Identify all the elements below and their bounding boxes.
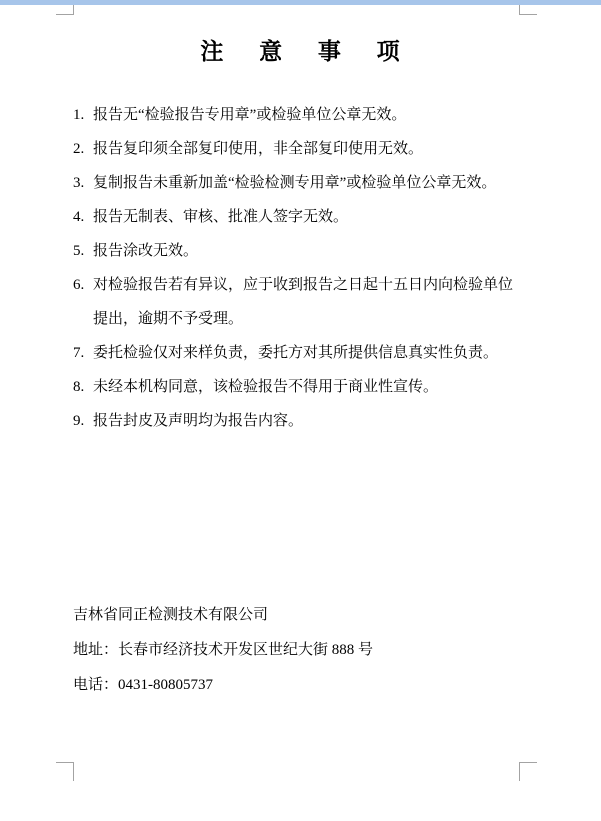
list-item-number: 6. [73, 268, 93, 336]
list-item-text: 委托检验仅对来样负责，委托方对其所提供信息真实性负责。 [93, 336, 525, 370]
list-item-number: 5. [73, 234, 93, 268]
page-title: 注 意 事 项 [0, 33, 601, 66]
list-item: 2. 报告复印须全部复印使用，非全部复印使用无效。 [73, 132, 525, 166]
list-item-number: 1. [73, 98, 93, 132]
list-item-text: 报告复印须全部复印使用，非全部复印使用无效。 [93, 132, 525, 166]
margin-crop-mark-bottom-left [56, 762, 74, 781]
margin-crop-mark-top-right [519, 5, 537, 15]
issuer-phone: 电话：0431-80805737 [73, 668, 525, 703]
list-item-text: 复制报告未重新加盖“检验检测专用章”或检验单位公章无效。 [93, 166, 525, 200]
list-item: 4. 报告无制表、审核、批准人签字无效。 [73, 200, 525, 234]
list-item: 9. 报告封皮及声明均为报告内容。 [73, 404, 525, 438]
list-item: 1. 报告无“检验报告专用章”或检验单位公章无效。 [73, 98, 525, 132]
margin-crop-mark-top-left [56, 5, 74, 15]
issuer-address: 地址：长春市经济技术开发区世纪大街 888 号 [73, 633, 525, 668]
list-item: 8. 未经本机构同意，该检验报告不得用于商业性宣传。 [73, 370, 525, 404]
list-item-number: 9. [73, 404, 93, 438]
document-page: 注 意 事 项 1. 报告无“检验报告专用章”或检验单位公章无效。 2. 报告复… [0, 0, 601, 821]
list-item-number: 8. [73, 370, 93, 404]
list-item-text: 报告无“检验报告专用章”或检验单位公章无效。 [93, 98, 525, 132]
list-item-number: 3. [73, 166, 93, 200]
margin-crop-mark-bottom-right [519, 762, 537, 781]
window-chrome-bar [0, 0, 601, 5]
list-item-number: 2. [73, 132, 93, 166]
list-item-text: 未经本机构同意，该检验报告不得用于商业性宣传。 [93, 370, 525, 404]
list-item: 5. 报告涂改无效。 [73, 234, 525, 268]
list-item-text: 报告涂改无效。 [93, 234, 525, 268]
issuer-info-block: 吉林省同正检测技术有限公司 地址：长春市经济技术开发区世纪大街 888 号 电话… [73, 598, 525, 703]
list-item-number: 4. [73, 200, 93, 234]
notes-list: 1. 报告无“检验报告专用章”或检验单位公章无效。 2. 报告复印须全部复印使用… [73, 98, 525, 438]
issuer-company-name: 吉林省同正检测技术有限公司 [73, 598, 525, 633]
list-item: 6. 对检验报告若有异议，应于收到报告之日起十五日内向检验单位提出，逾期不予受理… [73, 268, 525, 336]
list-item-number: 7. [73, 336, 93, 370]
list-item-text: 对检验报告若有异议，应于收到报告之日起十五日内向检验单位提出，逾期不予受理。 [93, 268, 525, 336]
list-item-text: 报告无制表、审核、批准人签字无效。 [93, 200, 525, 234]
list-item: 7. 委托检验仅对来样负责，委托方对其所提供信息真实性负责。 [73, 336, 525, 370]
list-item: 3. 复制报告未重新加盖“检验检测专用章”或检验单位公章无效。 [73, 166, 525, 200]
list-item-text: 报告封皮及声明均为报告内容。 [93, 404, 525, 438]
